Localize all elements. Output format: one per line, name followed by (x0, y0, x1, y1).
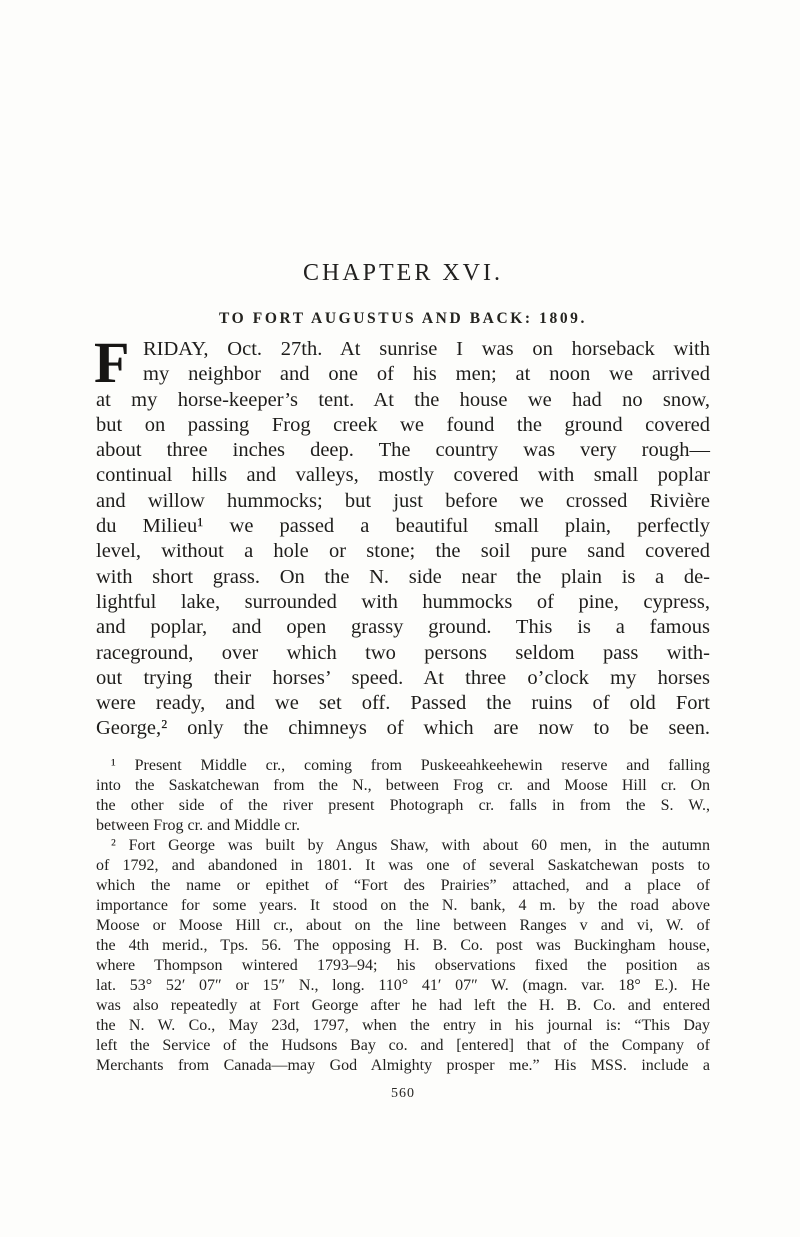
body-line: and poplar, and open grassy ground. This… (96, 615, 710, 640)
footnote-1: ¹ Present Middle cr., coming from Puskee… (96, 756, 710, 836)
footnote-line: importance for some years. It stood on t… (96, 896, 710, 916)
body-line: my neighbor and one of his men; at noon … (143, 362, 710, 387)
footnote-line: was also repeatedly at Fort George after… (96, 996, 710, 1016)
book-page: CHAPTER XVI. TO FORT AUGUSTUS AND BACK: … (0, 0, 800, 1237)
footnote-section: ¹ Present Middle cr., coming from Puskee… (96, 756, 710, 1076)
page-number: 560 (96, 1086, 710, 1102)
footnote-line: which the name or epithet of “Fort des P… (96, 876, 710, 896)
body-line: lightful lake, surrounded with hummocks … (96, 590, 710, 615)
body-line: and willow hummocks; but just before we … (96, 489, 710, 514)
footnote-line: the 4th merid., Tps. 56. The opposing H.… (96, 936, 710, 956)
footnote-line: where Thompson wintered 1793–94; his obs… (96, 956, 710, 976)
body-line: with short grass. On the N. side near th… (96, 565, 710, 590)
chapter-subtitle: TO FORT AUGUSTUS AND BACK: 1809. (96, 310, 710, 328)
footnote-line: into the Saskatchewan from the N., betwe… (96, 776, 710, 796)
footnote-line: between Frog cr. and Middle cr. (96, 816, 710, 836)
footnote-line: the other side of the river present Phot… (96, 796, 710, 816)
footnote-line: ¹ Present Middle cr., coming from Puskee… (96, 756, 710, 776)
drop-cap: F (94, 338, 129, 388)
body-line: raceground, over which two persons seldo… (96, 641, 710, 666)
body-line: George,² only the chimneys of which are … (96, 716, 710, 741)
footnote-line: Merchants from Canada—may God Almighty p… (96, 1056, 710, 1076)
footnote-line: of 1792, and abandoned in 1801. It was o… (96, 856, 710, 876)
body-line: but on passing Frog creek we found the g… (96, 413, 710, 438)
body-line: RIDAY, Oct. 27th. At sunrise I was on ho… (143, 337, 710, 362)
footnote-line: the N. W. Co., May 23d, 1797, when the e… (96, 1016, 710, 1036)
body-line: were ready, and we set off. Passed the r… (96, 691, 710, 716)
body-line: continual hills and valleys, mostly cove… (96, 463, 710, 488)
body-line: at my horse-keeper’s tent. At the house … (96, 388, 710, 413)
footnote-line: ² Fort George was built by Angus Shaw, w… (96, 836, 710, 856)
chapter-heading: CHAPTER XVI. (96, 260, 710, 287)
body-paragraph: F RIDAY, Oct. 27th. At sunrise I was on … (96, 337, 710, 742)
body-line: du Milieu¹ we passed a beautiful small p… (96, 514, 710, 539)
footnote-line: lat. 53° 52′ 07″ or 15″ N., long. 110° 4… (96, 976, 710, 996)
body-line: out trying their horses’ speed. At three… (96, 666, 710, 691)
footnote-line: Moose or Moose Hill cr., about on the li… (96, 916, 710, 936)
footnote-2: ² Fort George was built by Angus Shaw, w… (96, 836, 710, 1076)
footnote-line: left the Service of the Hudsons Bay co. … (96, 1036, 710, 1056)
body-line: about three inches deep. The country was… (96, 438, 710, 463)
body-lines: RIDAY, Oct. 27th. At sunrise I was on ho… (96, 337, 710, 742)
body-line: level, without a hole or stone; the soil… (96, 539, 710, 564)
